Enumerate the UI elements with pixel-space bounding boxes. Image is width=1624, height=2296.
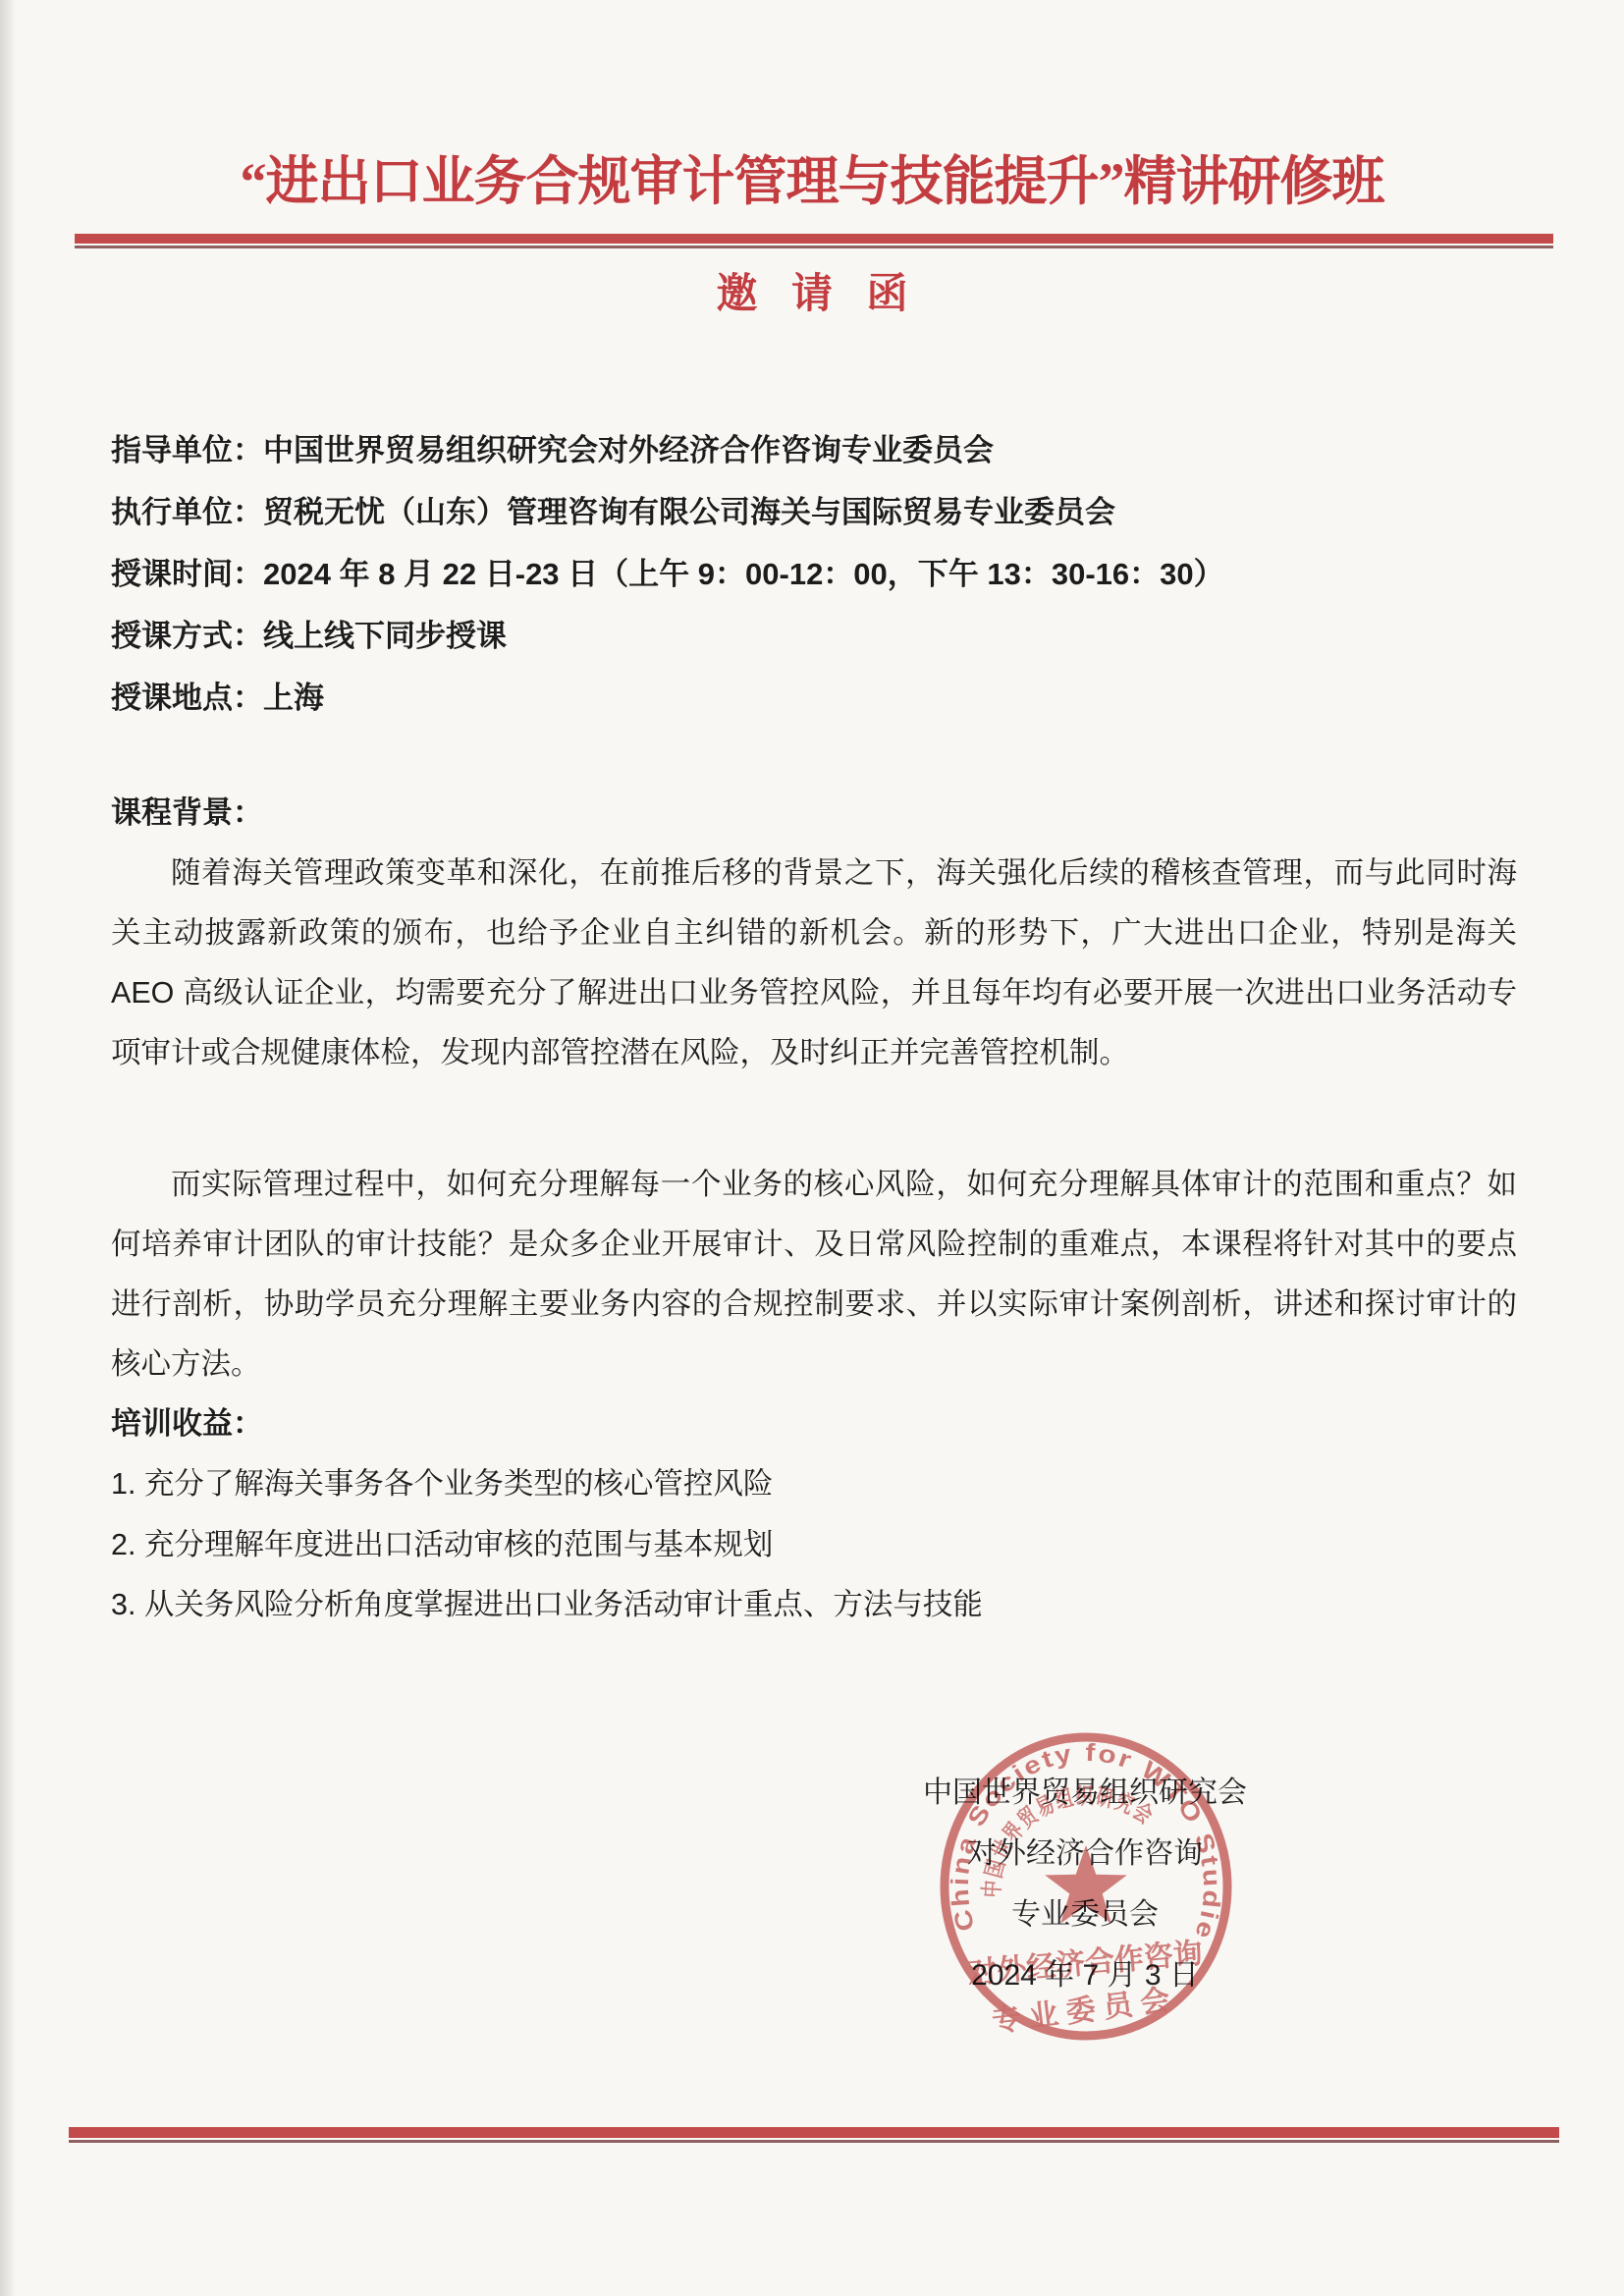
title-divider-thick-line <box>75 234 1553 244</box>
stamp-text-line2: 专业委员会 <box>990 1983 1179 2039</box>
info-line-guiding-unit: 指导单位：中国世界贸易组织研究会对外经济合作咨询专业委员会 <box>111 419 1525 481</box>
section-heading-course-background: 课程背景： <box>111 783 263 844</box>
course-info-block: 指导单位：中国世界贸易组织研究会对外经济合作咨询专业委员会 执行单位：贸税无忧（… <box>111 419 1525 729</box>
page-title: “进出口业务合规审计管理与技能提升”精讲研修班 <box>0 149 1624 214</box>
footer-divider <box>69 2127 1559 2143</box>
info-line-course-time: 授课时间：2024 年 8 月 22 日-23 日（上午 9：00-12：00，… <box>111 543 1525 605</box>
info-line-course-mode: 授课方式：线上线下同步授课 <box>111 605 1525 667</box>
info-line-course-location: 授课地点：上海 <box>111 667 1525 729</box>
benefits-list: 1. 充分了解海关事务各个业务类型的核心管控风险 2. 充分理解年度进出口活动审… <box>111 1454 1517 1636</box>
benefit-item-3: 3. 从关务风险分析角度掌握进出口业务活动审计重点、方法与技能 <box>111 1575 1517 1636</box>
background-paragraph-2: 而实际管理过程中，如何充分理解每一个业务的核心风险，如何充分理解具体审计的范围和… <box>111 1155 1517 1394</box>
footer-divider-thick-line <box>69 2127 1559 2138</box>
invitation-letter-page: “进出口业务合规审计管理与技能提升”精讲研修班 邀 请 函 指导单位：中国世界贸… <box>0 0 1624 2296</box>
benefit-item-1: 1. 充分了解海关事务各个业务类型的核心管控风险 <box>111 1454 1517 1515</box>
title-divider <box>75 234 1553 248</box>
title-divider-thin-line <box>75 246 1553 248</box>
benefit-item-2: 2. 充分理解年度进出口活动审核的范围与基本规划 <box>111 1515 1517 1576</box>
background-paragraph-1: 随着海关管理政策变革和深化，在前推后移的背景之下，海关强化后续的稽核查管理，而与… <box>111 844 1517 1083</box>
stamp-text-line1: 对外经济合作咨询 <box>966 1937 1204 1991</box>
footer-divider-thin-line <box>69 2140 1559 2143</box>
stamp-star-icon <box>1045 1845 1127 1924</box>
official-seal-stamp: China Society for WTO Studies 中国世界贸易组织研究… <box>919 1710 1253 2067</box>
section-heading-training-benefits: 培训收益： <box>111 1394 263 1454</box>
letter-heading: 邀 请 函 <box>0 267 1624 322</box>
info-line-executing-unit: 执行单位：贸税无忧（山东）管理咨询有限公司海关与国际贸易专业委员会 <box>111 481 1525 543</box>
